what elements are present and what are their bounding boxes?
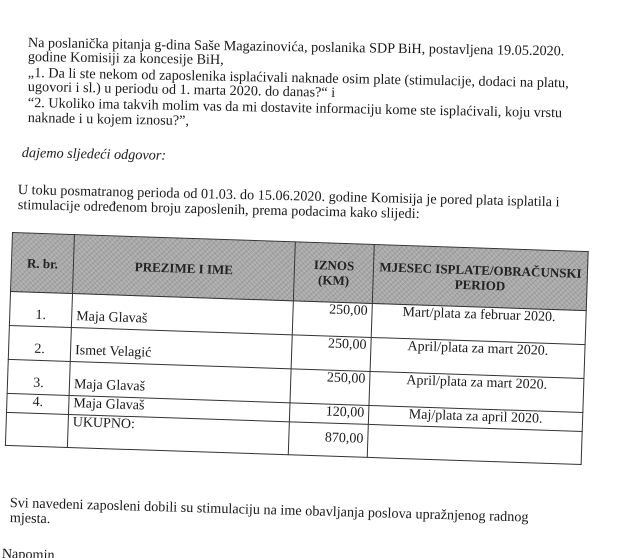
total-number-empty (5, 412, 68, 447)
row-number: 2. (8, 325, 71, 361)
header-period: MJESEC ISPLATE/OBRAČUNSKI PERIOD (372, 245, 588, 311)
total-label: UKUPNO: (67, 414, 289, 454)
total-period-empty (367, 424, 582, 464)
footer-line-2: mjesta. (10, 511, 51, 526)
answer-heading: dajemo sljedeći odgovor: (22, 146, 166, 163)
total-amount: 870,00 (288, 422, 368, 458)
stimulation-table-wrapper: R. br. PREZIME I IME IZNOS (KM) MJESEC I… (5, 232, 589, 465)
row-number: 3. (7, 359, 70, 395)
header-name: PREZIME I IME (72, 235, 295, 301)
footer-line-3-clipped: Napomin (2, 547, 55, 558)
header-number: R. br. (11, 233, 75, 294)
intro-line-6: naknade i u kojem iznosu?”, (28, 111, 189, 128)
row-number: 4. (7, 393, 70, 414)
row-amount: 250,00 (290, 369, 370, 406)
row-amount: 120,00 (289, 403, 369, 425)
scanned-document-page: Na poslanička pitanja g-dina Saše Magazi… (0, 0, 630, 558)
header-amount: IZNOS (KM) (293, 242, 374, 304)
stimulation-table: R. br. PREZIME I IME IZNOS (KM) MJESEC I… (5, 232, 589, 465)
row-amount: 250,00 (291, 335, 371, 372)
row-number: 1. (9, 291, 72, 327)
footer-line-1: Svi navedeni zaposleni dobili su stimula… (10, 496, 529, 525)
row-amount: 250,00 (292, 301, 372, 338)
